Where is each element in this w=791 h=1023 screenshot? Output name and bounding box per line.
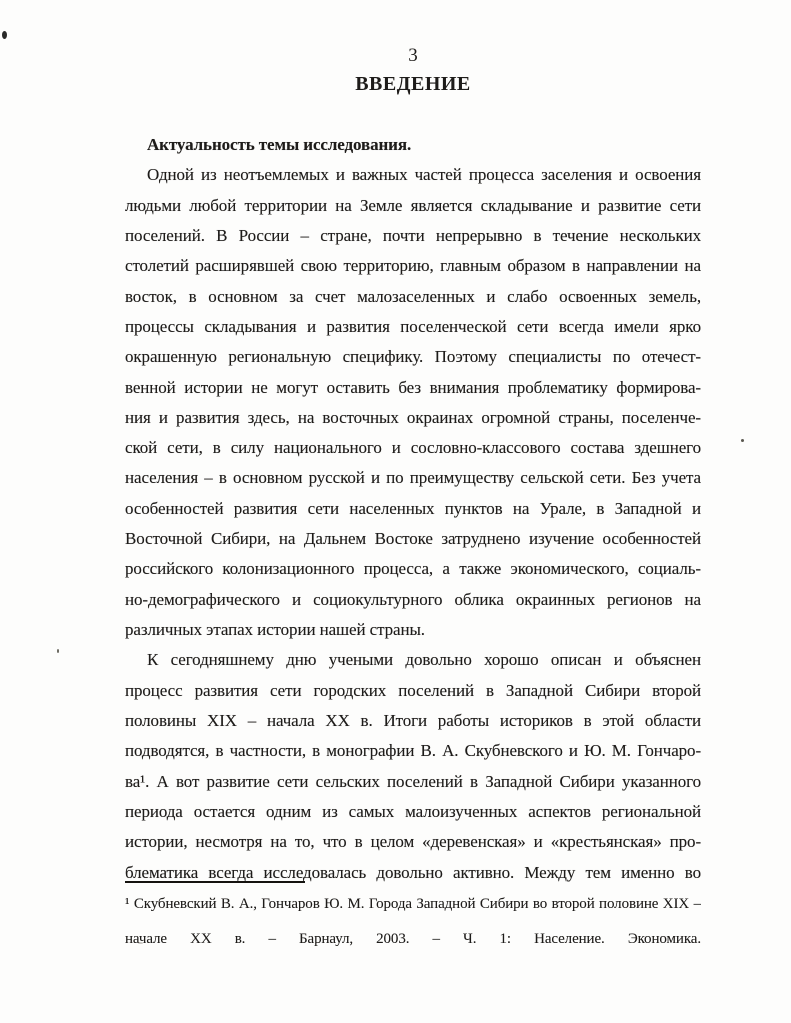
scanned-document-page: 3 ВВЕДЕНИЕ Актуальность темы исследовани… (0, 0, 791, 1023)
text-line: но-демографического и социокультурного о… (125, 585, 701, 615)
text-line: периода остается одним из самых малоизуч… (125, 797, 701, 827)
footnote: ¹ Скубневский В. А., Гончаров Ю. М. Горо… (125, 887, 701, 957)
text-line: особенностей развития сети населенных пу… (125, 494, 701, 524)
footnote-line: ¹ Скубневский В. А., Гончаров Ю. М. Горо… (125, 887, 701, 922)
text-line: процессы складывания и развития поселенч… (125, 312, 701, 342)
text-line: истории, несмотря на то, что в целом «де… (125, 827, 701, 857)
text-line: российского колонизационного процесса, а… (125, 554, 701, 584)
text-line: ской сети, в силу национального и сослов… (125, 433, 701, 463)
body-text: Актуальность темы исследования. Одной из… (125, 130, 701, 888)
section-subheading: Актуальность темы исследования. (125, 130, 701, 160)
text-line: восток, в основном за счет малозаселенны… (125, 282, 701, 312)
scan-speck (741, 439, 744, 442)
text-line: людьми любой территории на Земле являетс… (125, 191, 701, 221)
text-line: Восточной Сибири, на Дальнем Востоке зат… (125, 524, 701, 554)
text-line: блематика всегда исследовалась довольно … (125, 858, 701, 888)
text-line: венной истории не могут оставить без вни… (125, 373, 701, 403)
text-line: различных этапах истории нашей страны. (125, 615, 701, 645)
text-line: поселений. В России – стране, почти непр… (125, 221, 701, 251)
text-line: ва¹. А вот развитие сети сельских поселе… (125, 767, 701, 797)
page-number: 3 (125, 44, 701, 68)
text-line: процесс развития сети городских поселени… (125, 676, 701, 706)
footnote-line: начале XX в. – Барнаул, 2003. – Ч. 1: На… (125, 922, 701, 957)
text-line: столетий расширявшей свою территорию, гл… (125, 251, 701, 281)
scan-speck (2, 31, 7, 39)
footnote-separator-rule (125, 881, 305, 883)
text-line: населения – в основном русской и по преи… (125, 463, 701, 493)
text-line: окрашенную региональную специфику. Поэто… (125, 342, 701, 372)
chapter-heading: ВВЕДЕНИЕ (125, 71, 701, 97)
text-line: ния и развития здесь, на восточных окраи… (125, 403, 701, 433)
text-line: подводятся, в частности, в монографии В.… (125, 736, 701, 766)
text-line: Одной из неотъемлемых и важных частей пр… (125, 160, 701, 190)
text-line: К сегодняшнему дню учеными довольно хоро… (125, 645, 701, 675)
scan-speck (57, 649, 59, 653)
text-line: половины XIX – начала XX в. Итоги работы… (125, 706, 701, 736)
